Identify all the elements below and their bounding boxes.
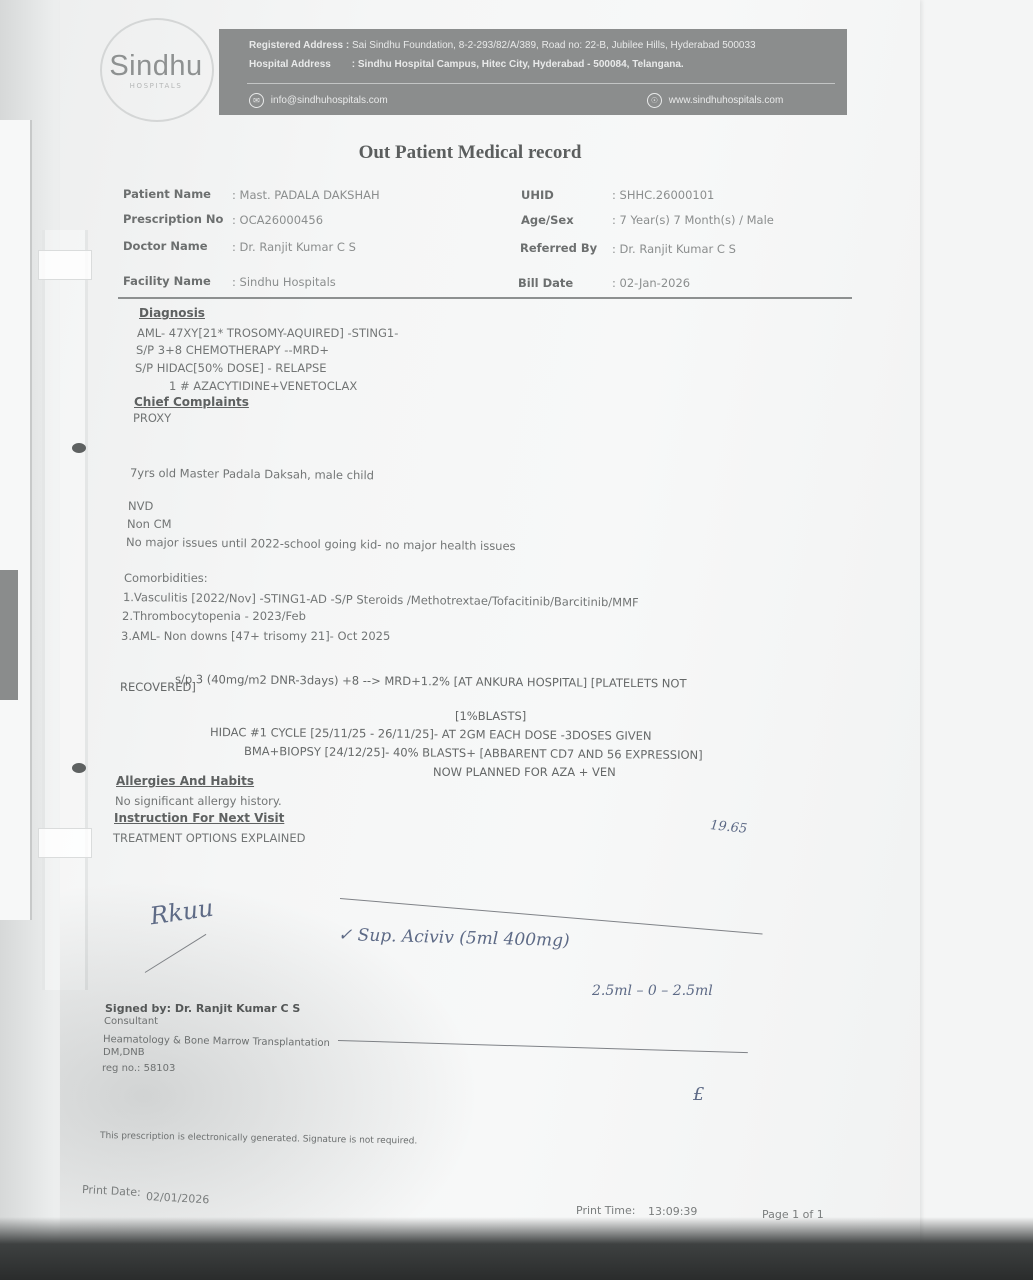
signer-qualification: DM,DNB — [103, 1047, 145, 1058]
complaint-line: PROXY — [133, 411, 171, 425]
paper-edge-right — [918, 0, 1033, 1240]
hospital-logo-name: Sindhu — [104, 50, 208, 83]
globe-icon: ☉ — [647, 93, 662, 108]
website-link[interactable]: www.sindhuhospitals.com — [669, 95, 784, 106]
diagnosis-line: S/P HIDAC[50% DOSE] - RELAPSE — [135, 361, 327, 375]
complaint-line: 7yrs old Master Padala Daksah, male chil… — [130, 466, 374, 483]
punch-hole-bottom — [72, 763, 86, 773]
allergies-heading: Allergies And Habits — [116, 774, 254, 788]
hospital-address-row: Hospital Address : Sindhu Hospital Campu… — [249, 59, 684, 70]
website-row: ☉ www.sindhuhospitals.com — [647, 93, 783, 108]
age-sex-value: : 7 Year(s) 7 Month(s) / Male — [612, 213, 774, 227]
hospital-logo-subtitle: HOSPITALS — [104, 82, 208, 90]
comorbidities-label: Comorbidities: — [124, 571, 208, 585]
complaint-line: NVD — [128, 499, 153, 513]
history-line: RECOVERED] — [120, 680, 196, 694]
background-shadow — [0, 570, 18, 700]
comorbidity-item: 2.Thrombocytopenia - 2023/Feb — [122, 609, 306, 623]
punch-hole-top — [72, 443, 86, 453]
prescription-no-value: : OCA26000456 — [232, 213, 323, 227]
next-visit-text: TREATMENT OPTIONS EXPLAINED — [113, 831, 306, 845]
prescription-no-label: Prescription No — [123, 212, 223, 226]
diagnosis-line: 1 # AZACYTIDINE+VENETOCLAX — [169, 379, 357, 393]
bill-date-value: : 02-Jan-2026 — [612, 276, 690, 290]
diagnosis-line: S/P 3+8 CHEMOTHERAPY --MRD+ — [136, 343, 329, 357]
file-fastener-cap-bottom — [38, 828, 92, 858]
email-row: ✉ info@sindhuhospitals.com — [249, 93, 388, 108]
uhid-value: : SHHC.26000101 — [612, 188, 714, 202]
patient-name-label: Patient Name — [123, 187, 211, 201]
signer-reg-no: reg no.: 58103 — [102, 1063, 175, 1074]
uhid-label: UHID — [521, 188, 554, 202]
history-line: NOW PLANNED FOR AZA + VEN — [433, 765, 616, 779]
registered-address-label: Registered Address : — [249, 40, 349, 51]
file-fastener-cap-top — [38, 250, 92, 280]
background-sheet — [0, 120, 32, 920]
facility-name-value: : Sindhu Hospitals — [232, 275, 336, 289]
hospital-address: : Sindhu Hospital Campus, Hitec City, Hy… — [352, 59, 684, 70]
signer-designation: Consultant — [104, 1016, 158, 1027]
background-desk — [0, 1190, 1033, 1280]
signed-by: Signed by: Dr. Ranjit Kumar C S — [105, 1002, 300, 1015]
handwritten-dosage: 2.5ml – 0 – 2.5ml — [592, 983, 713, 999]
diagnosis-line: AML- 47XY[21* TROSOMY-AQUIRED] -STING1- — [137, 326, 398, 340]
doctor-name-label: Doctor Name — [123, 239, 208, 253]
registered-address: Sai Sindhu Foundation, 8-2-293/82/A/389,… — [352, 40, 756, 51]
comorbidity-item: 3.AML- Non downs [47+ trisomy 21]- Oct 2… — [121, 629, 390, 643]
chief-complaints-heading: Chief Complaints — [134, 395, 249, 409]
referred-by-value: : Dr. Ranjit Kumar C S — [612, 242, 736, 256]
bill-date-label: Bill Date — [518, 276, 573, 290]
age-sex-label: Age/Sex — [521, 213, 574, 227]
patient-name-value: : Mast. PADALA DAKSHAH — [232, 188, 380, 202]
allergies-text: No significant allergy history. — [115, 794, 282, 808]
next-visit-heading: Instruction For Next Visit — [114, 811, 284, 825]
mail-icon: ✉ — [249, 93, 264, 108]
header-divider — [247, 83, 835, 84]
history-line: [1%BLASTS] — [455, 709, 526, 723]
doctor-name-value: : Dr. Ranjit Kumar C S — [232, 240, 356, 254]
diagnosis-heading: Diagnosis — [139, 306, 205, 320]
info-divider — [118, 297, 852, 299]
handwritten-initials: £ — [693, 1084, 704, 1105]
facility-name-label: Facility Name — [123, 274, 211, 288]
referred-by-label: Referred By — [520, 241, 597, 255]
complaint-line: Non CM — [127, 517, 172, 531]
page-title: Out Patient Medical record — [300, 142, 640, 164]
address-header: Registered Address : Sai Sindhu Foundati… — [219, 29, 847, 115]
file-fastener — [42, 230, 88, 990]
registered-address-row: Registered Address : Sai Sindhu Foundati… — [249, 40, 756, 51]
email-link[interactable]: info@sindhuhospitals.com — [271, 95, 388, 106]
hospital-address-label: Hospital Address — [249, 59, 349, 70]
